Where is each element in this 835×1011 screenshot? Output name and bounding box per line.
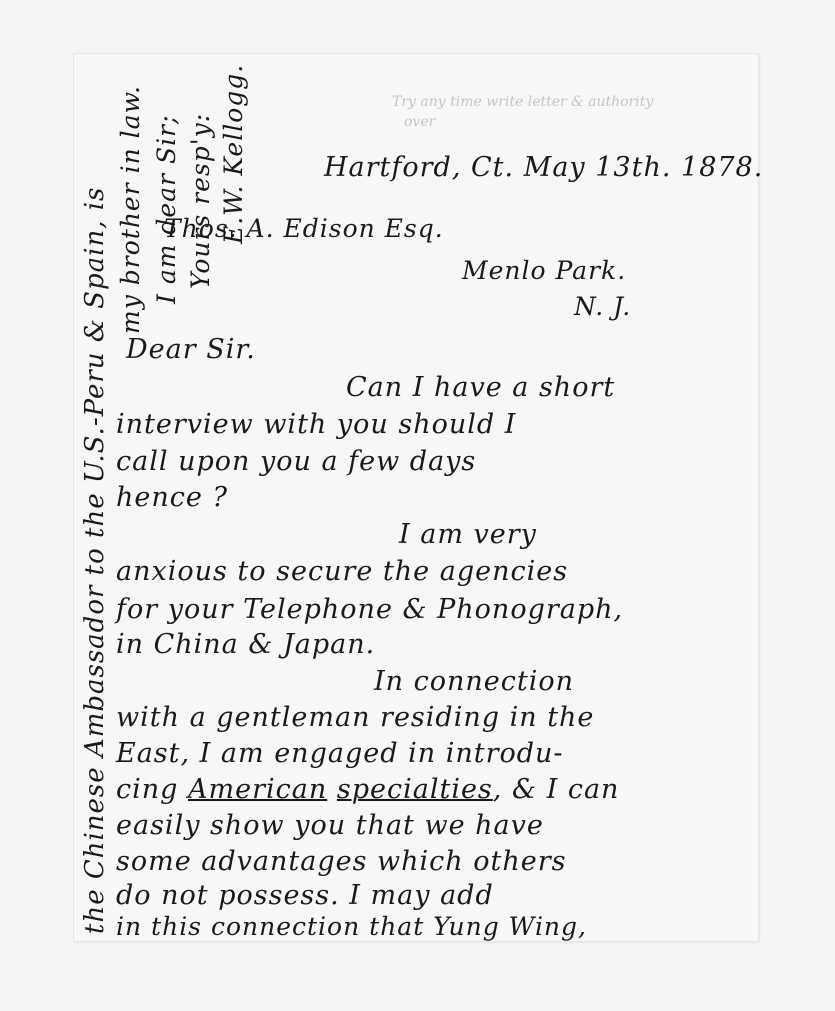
addressee-state: N. J.	[574, 292, 631, 321]
body-line: call upon you a few days	[116, 446, 476, 477]
margin-postscript-col1: the Chinese Ambassador to the U.S.-Peru …	[80, 187, 110, 934]
body-line: easily show you that we have	[116, 810, 544, 841]
addressee-place: Menlo Park.	[462, 256, 626, 285]
signature: E.W. Kellogg.	[219, 64, 248, 244]
body-line: do not possess. I may add	[116, 880, 494, 911]
body-line: some advantages which others	[116, 846, 567, 877]
body-line: in China & Japan.	[116, 629, 375, 660]
pencil-annotation-line1: Try any time write letter & authority	[392, 94, 653, 110]
salutation: Dear Sir.	[126, 334, 256, 365]
body-line-composite: cing American specialties, & I can	[116, 774, 619, 805]
body-line: interview with you should I	[116, 409, 516, 440]
body-line: I am very	[399, 519, 537, 550]
body-line: hence ?	[116, 482, 228, 513]
body-line: Can I have a short	[346, 372, 615, 403]
pencil-annotation-line2: over	[404, 114, 435, 130]
body-text: cing	[116, 774, 178, 805]
body-text: , & I can	[493, 774, 620, 805]
body-line: in this connection that Yung Wing,	[116, 912, 587, 941]
underlined-word-specialties: specialties	[337, 774, 493, 805]
margin-postscript-col4: Yours resp'y:	[186, 113, 215, 289]
body-line: anxious to secure the agencies	[116, 556, 568, 587]
letter-page: Try any time write letter & authority ov…	[73, 53, 759, 942]
body-line: for your Telephone & Phonograph,	[116, 594, 623, 625]
margin-postscript-col2: my brother in law.	[116, 85, 145, 334]
body-line: East, I am engaged in introdu-	[116, 738, 564, 769]
body-line: In connection	[374, 666, 574, 697]
dateline: Hartford, Ct. May 13th. 1878.	[324, 152, 763, 183]
margin-postscript-col3: I am dear Sir;	[152, 115, 181, 304]
underlined-word-american: American	[188, 774, 327, 805]
body-line: with a gentleman residing in the	[116, 702, 594, 733]
